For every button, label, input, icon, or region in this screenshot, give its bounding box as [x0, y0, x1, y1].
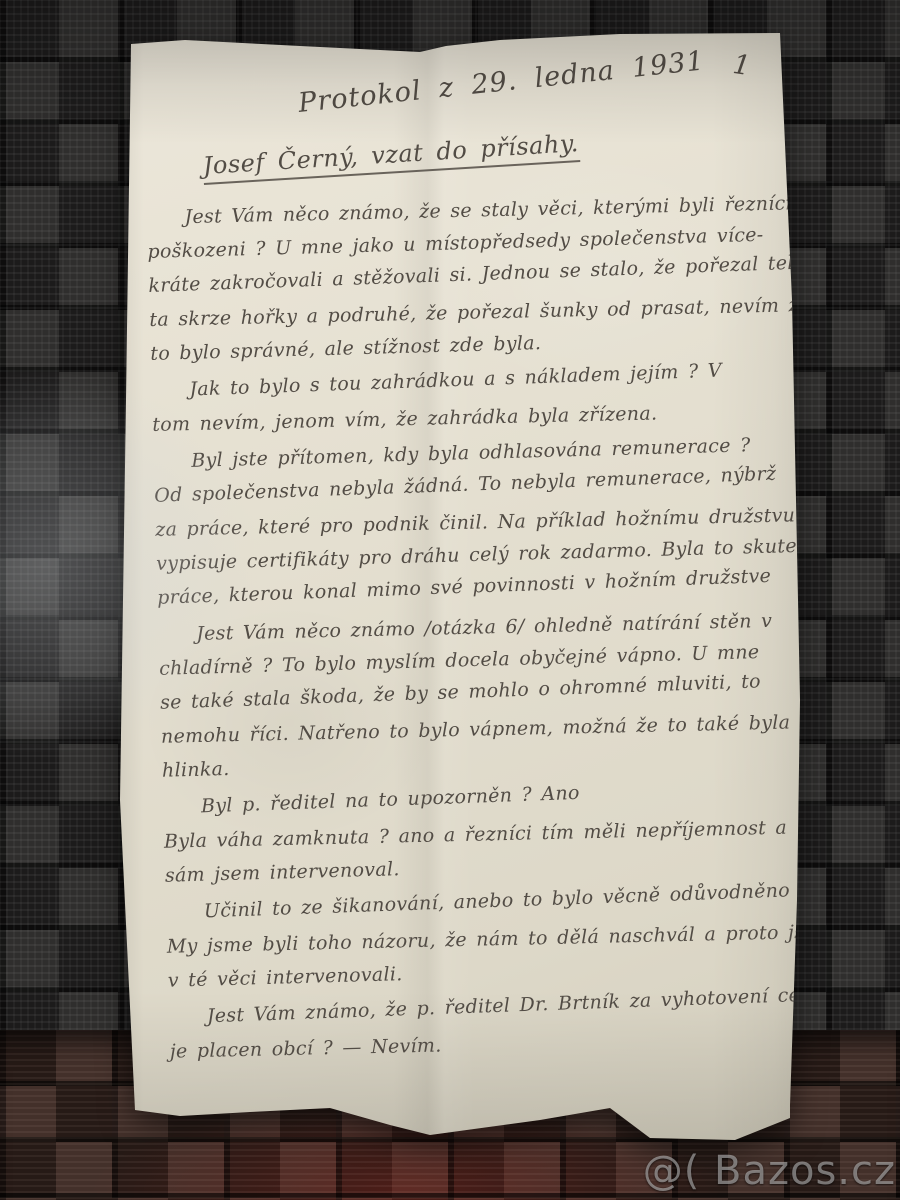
document-paper: 1 Protokol z 29. ledna 1931 Josef Černý,…: [116, 30, 808, 1148]
document-heading: Josef Černý, vzat do přísahy.: [202, 129, 580, 185]
document-title: Protokol z 29. ledna 1931: [297, 38, 778, 119]
bazos-watermark: @( Bazos.cz: [643, 1148, 896, 1194]
document-photo: 1 Protokol z 29. ledna 1931 Josef Černý,…: [116, 30, 808, 1148]
document-body: Jest Vám něco známo, že se staly věci, k…: [146, 180, 806, 1068]
